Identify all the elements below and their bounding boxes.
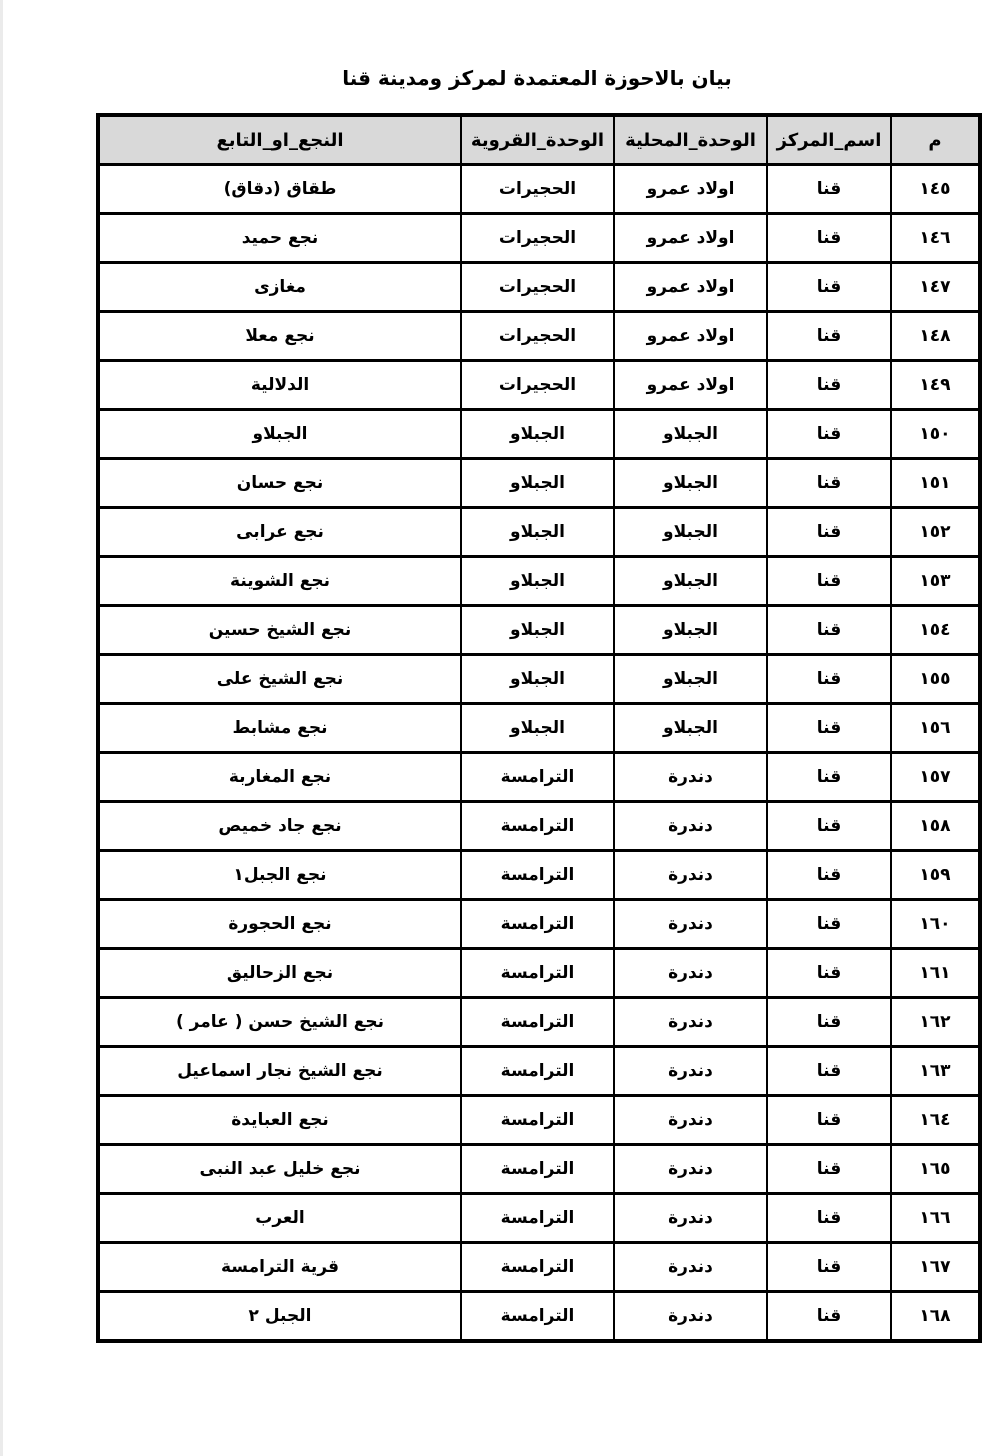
row-number-cell: ١٥٣ [891, 557, 980, 606]
table-row: ١٦٤قنادندرةالترامسةنجع العبايدة [98, 1096, 980, 1145]
local-unit-cell: الجبلاو [614, 606, 767, 655]
row-number-cell: ١٥٤ [891, 606, 980, 655]
village-unit-cell: الحجيرات [461, 312, 614, 361]
hamlet-cell: قرية الترامسة [98, 1243, 461, 1292]
row-number-cell: ١٥٢ [891, 508, 980, 557]
table-row: ١٥٩قنادندرةالترامسةنجع الجبل١ [98, 851, 980, 900]
local-unit-cell: دندرة [614, 753, 767, 802]
center-name-cell: قنا [767, 753, 891, 802]
table-row: ١٥٨قنادندرةالترامسةنجع جاد خميص [98, 802, 980, 851]
row-number-cell: ١٦٤ [891, 1096, 980, 1145]
hamlet-cell: نجع الحجورة [98, 900, 461, 949]
village-unit-cell: الترامسة [461, 1194, 614, 1243]
center-name-cell: قنا [767, 1145, 891, 1194]
center-name-cell: قنا [767, 1096, 891, 1145]
local-unit-cell: اولاد عمرو [614, 312, 767, 361]
center-name-cell: قنا [767, 1292, 891, 1342]
row-number-cell: ١٥٦ [891, 704, 980, 753]
column-header-center-name: اسم_المركز [767, 115, 891, 165]
row-number-cell: ١٦٣ [891, 1047, 980, 1096]
row-number-cell: ١٥٥ [891, 655, 980, 704]
center-name-cell: قنا [767, 263, 891, 312]
row-number-cell: ١٤٨ [891, 312, 980, 361]
local-unit-cell: دندرة [614, 1292, 767, 1342]
row-number-cell: ١٦٦ [891, 1194, 980, 1243]
local-unit-cell: اولاد عمرو [614, 214, 767, 263]
local-unit-cell: دندرة [614, 1145, 767, 1194]
local-unit-cell: دندرة [614, 1243, 767, 1292]
row-number-cell: ١٦٥ [891, 1145, 980, 1194]
table-row: ١٦٧قنادندرةالترامسةقرية الترامسة [98, 1243, 980, 1292]
row-number-cell: ١٦٨ [891, 1292, 980, 1342]
column-header-hamlet: النجع_او_التابع [98, 115, 461, 165]
center-name-cell: قنا [767, 508, 891, 557]
row-number-cell: ١٥٧ [891, 753, 980, 802]
row-number-cell: ١٤٦ [891, 214, 980, 263]
center-name-cell: قنا [767, 361, 891, 410]
table-row: ١٦٥قنادندرةالترامسةنجع خليل عبد النبى [98, 1145, 980, 1194]
column-header-number: م [891, 115, 980, 165]
table-row: ١٤٧قنااولاد عمروالحجيراتمغازى [98, 263, 980, 312]
village-unit-cell: الترامسة [461, 900, 614, 949]
hamlet-cell: نجع جاد خميص [98, 802, 461, 851]
row-number-cell: ١٤٥ [891, 165, 980, 214]
local-unit-cell: الجبلاو [614, 459, 767, 508]
hamlet-cell: نجع الشيخ حسين [98, 606, 461, 655]
table-row: ١٥٦قناالجبلاوالجبلاونجع مشابط [98, 704, 980, 753]
center-name-cell: قنا [767, 165, 891, 214]
column-header-village-unit: الوحدة_القروية [461, 115, 614, 165]
table-row: ١٦١قنادندرةالترامسةنجع الزحاليق [98, 949, 980, 998]
table-row: ١٦٠قنادندرةالترامسةنجع الحجورة [98, 900, 980, 949]
local-unit-cell: اولاد عمرو [614, 263, 767, 312]
row-number-cell: ١٥٩ [891, 851, 980, 900]
local-unit-cell: اولاد عمرو [614, 361, 767, 410]
hamlet-cell: نجع معلا [98, 312, 461, 361]
row-number-cell: ١٤٩ [891, 361, 980, 410]
village-unit-cell: الجبلاو [461, 459, 614, 508]
hamlet-cell: نجع خليل عبد النبى [98, 1145, 461, 1194]
village-unit-cell: الترامسة [461, 998, 614, 1047]
center-name-cell: قنا [767, 655, 891, 704]
table-row: ١٥١قناالجبلاوالجبلاونجع حسان [98, 459, 980, 508]
local-unit-cell: دندرة [614, 998, 767, 1047]
hamlet-cell: الجبلاو [98, 410, 461, 459]
center-name-cell: قنا [767, 851, 891, 900]
hamlet-cell: العرب [98, 1194, 461, 1243]
center-name-cell: قنا [767, 949, 891, 998]
table-row: ١٤٦قنااولاد عمروالحجيراتنجع حميد [98, 214, 980, 263]
center-name-cell: قنا [767, 606, 891, 655]
village-unit-cell: الترامسة [461, 949, 614, 998]
village-unit-cell: الترامسة [461, 1047, 614, 1096]
village-unit-cell: الترامسة [461, 1243, 614, 1292]
hamlet-cell: الجبل ٢ [98, 1292, 461, 1342]
hamlet-cell: نجع الشيخ على [98, 655, 461, 704]
village-unit-cell: الجبلاو [461, 704, 614, 753]
hamlet-cell: نجع المغاربة [98, 753, 461, 802]
village-unit-cell: الترامسة [461, 851, 614, 900]
village-unit-cell: الحجيرات [461, 361, 614, 410]
village-unit-cell: الجبلاو [461, 655, 614, 704]
hamlet-cell: نجع الشيخ نجار اسماعيل [98, 1047, 461, 1096]
row-number-cell: ١٦٠ [891, 900, 980, 949]
center-name-cell: قنا [767, 410, 891, 459]
center-name-cell: قنا [767, 214, 891, 263]
hamlet-cell: نجع الزحاليق [98, 949, 461, 998]
row-number-cell: ١٥١ [891, 459, 980, 508]
hamlet-cell: نجع الشوينة [98, 557, 461, 606]
village-unit-cell: الجبلاو [461, 410, 614, 459]
table-row: ١٤٨قنااولاد عمروالحجيراتنجع معلا [98, 312, 980, 361]
table-row: ١٤٥قنااولاد عمروالحجيراتطقاق (دقاق) [98, 165, 980, 214]
local-unit-cell: اولاد عمرو [614, 165, 767, 214]
hamlet-cell: نجع عرابى [98, 508, 461, 557]
table-row: ١٦٦قنادندرةالترامسةالعرب [98, 1194, 980, 1243]
center-name-cell: قنا [767, 900, 891, 949]
local-unit-cell: الجبلاو [614, 704, 767, 753]
table-row: ١٤٩قنااولاد عمروالحجيراتالدلالية [98, 361, 980, 410]
center-name-cell: قنا [767, 459, 891, 508]
table-row: ١٦٣قنادندرةالترامسةنجع الشيخ نجار اسماعي… [98, 1047, 980, 1096]
hamlet-cell: نجع حسان [98, 459, 461, 508]
local-unit-cell: دندرة [614, 1047, 767, 1096]
row-number-cell: ١٦٧ [891, 1243, 980, 1292]
table-row: ١٦٨قنادندرةالترامسةالجبل ٢ [98, 1292, 980, 1342]
row-number-cell: ١٤٧ [891, 263, 980, 312]
table-row: ١٥٢قناالجبلاوالجبلاونجع عرابى [98, 508, 980, 557]
village-unit-cell: الحجيرات [461, 263, 614, 312]
table-row: ١٥٥قناالجبلاوالجبلاونجع الشيخ على [98, 655, 980, 704]
table-row: ١٥٠قناالجبلاوالجبلاوالجبلاو [98, 410, 980, 459]
local-unit-cell: الجبلاو [614, 655, 767, 704]
village-unit-cell: الترامسة [461, 753, 614, 802]
village-unit-cell: الترامسة [461, 1292, 614, 1342]
row-number-cell: ١٥٠ [891, 410, 980, 459]
table-row: ١٥٣قناالجبلاوالجبلاونجع الشوينة [98, 557, 980, 606]
village-unit-cell: الترامسة [461, 1096, 614, 1145]
center-name-cell: قنا [767, 312, 891, 361]
local-unit-cell: دندرة [614, 851, 767, 900]
center-name-cell: قنا [767, 802, 891, 851]
local-unit-cell: الجبلاو [614, 410, 767, 459]
table-row: ١٦٢قنادندرةالترامسةنجع الشيخ حسن ( عامر … [98, 998, 980, 1047]
village-unit-cell: الترامسة [461, 802, 614, 851]
column-header-local-unit: الوحدة_المحلية [614, 115, 767, 165]
row-number-cell: ١٦٢ [891, 998, 980, 1047]
village-unit-cell: الحجيرات [461, 214, 614, 263]
center-name-cell: قنا [767, 704, 891, 753]
local-unit-cell: الجبلاو [614, 557, 767, 606]
village-unit-cell: الحجيرات [461, 165, 614, 214]
village-unit-cell: الترامسة [461, 1145, 614, 1194]
center-name-cell: قنا [767, 1194, 891, 1243]
row-number-cell: ١٦١ [891, 949, 980, 998]
local-unit-cell: دندرة [614, 1194, 767, 1243]
approved-districts-table: ماسم_المركزالوحدة_المحليةالوحدة_القرويةا… [96, 113, 982, 1343]
hamlet-cell: طقاق (دقاق) [98, 165, 461, 214]
village-unit-cell: الجبلاو [461, 557, 614, 606]
hamlet-cell: نجع الشيخ حسن ( عامر ) [98, 998, 461, 1047]
hamlet-cell: نجع حميد [98, 214, 461, 263]
table-header-row: ماسم_المركزالوحدة_المحليةالوحدة_القرويةا… [98, 115, 980, 165]
center-name-cell: قنا [767, 557, 891, 606]
hamlet-cell: نجع العبايدة [98, 1096, 461, 1145]
hamlet-cell: نجع الجبل١ [98, 851, 461, 900]
village-unit-cell: الجبلاو [461, 606, 614, 655]
hamlet-cell: الدلالية [98, 361, 461, 410]
hamlet-cell: مغازى [98, 263, 461, 312]
center-name-cell: قنا [767, 998, 891, 1047]
local-unit-cell: دندرة [614, 900, 767, 949]
local-unit-cell: دندرة [614, 1096, 767, 1145]
page-title: بيان بالاحوزة المعتمدة لمركز ومدينة قنا [96, 66, 978, 90]
center-name-cell: قنا [767, 1047, 891, 1096]
hamlet-cell: نجع مشابط [98, 704, 461, 753]
center-name-cell: قنا [767, 1243, 891, 1292]
row-number-cell: ١٥٨ [891, 802, 980, 851]
local-unit-cell: الجبلاو [614, 508, 767, 557]
local-unit-cell: دندرة [614, 949, 767, 998]
village-unit-cell: الجبلاو [461, 508, 614, 557]
table-row: ١٥٤قناالجبلاوالجبلاونجع الشيخ حسين [98, 606, 980, 655]
table-row: ١٥٧قنادندرةالترامسةنجع المغاربة [98, 753, 980, 802]
page-edge [0, 0, 3, 1456]
local-unit-cell: دندرة [614, 802, 767, 851]
